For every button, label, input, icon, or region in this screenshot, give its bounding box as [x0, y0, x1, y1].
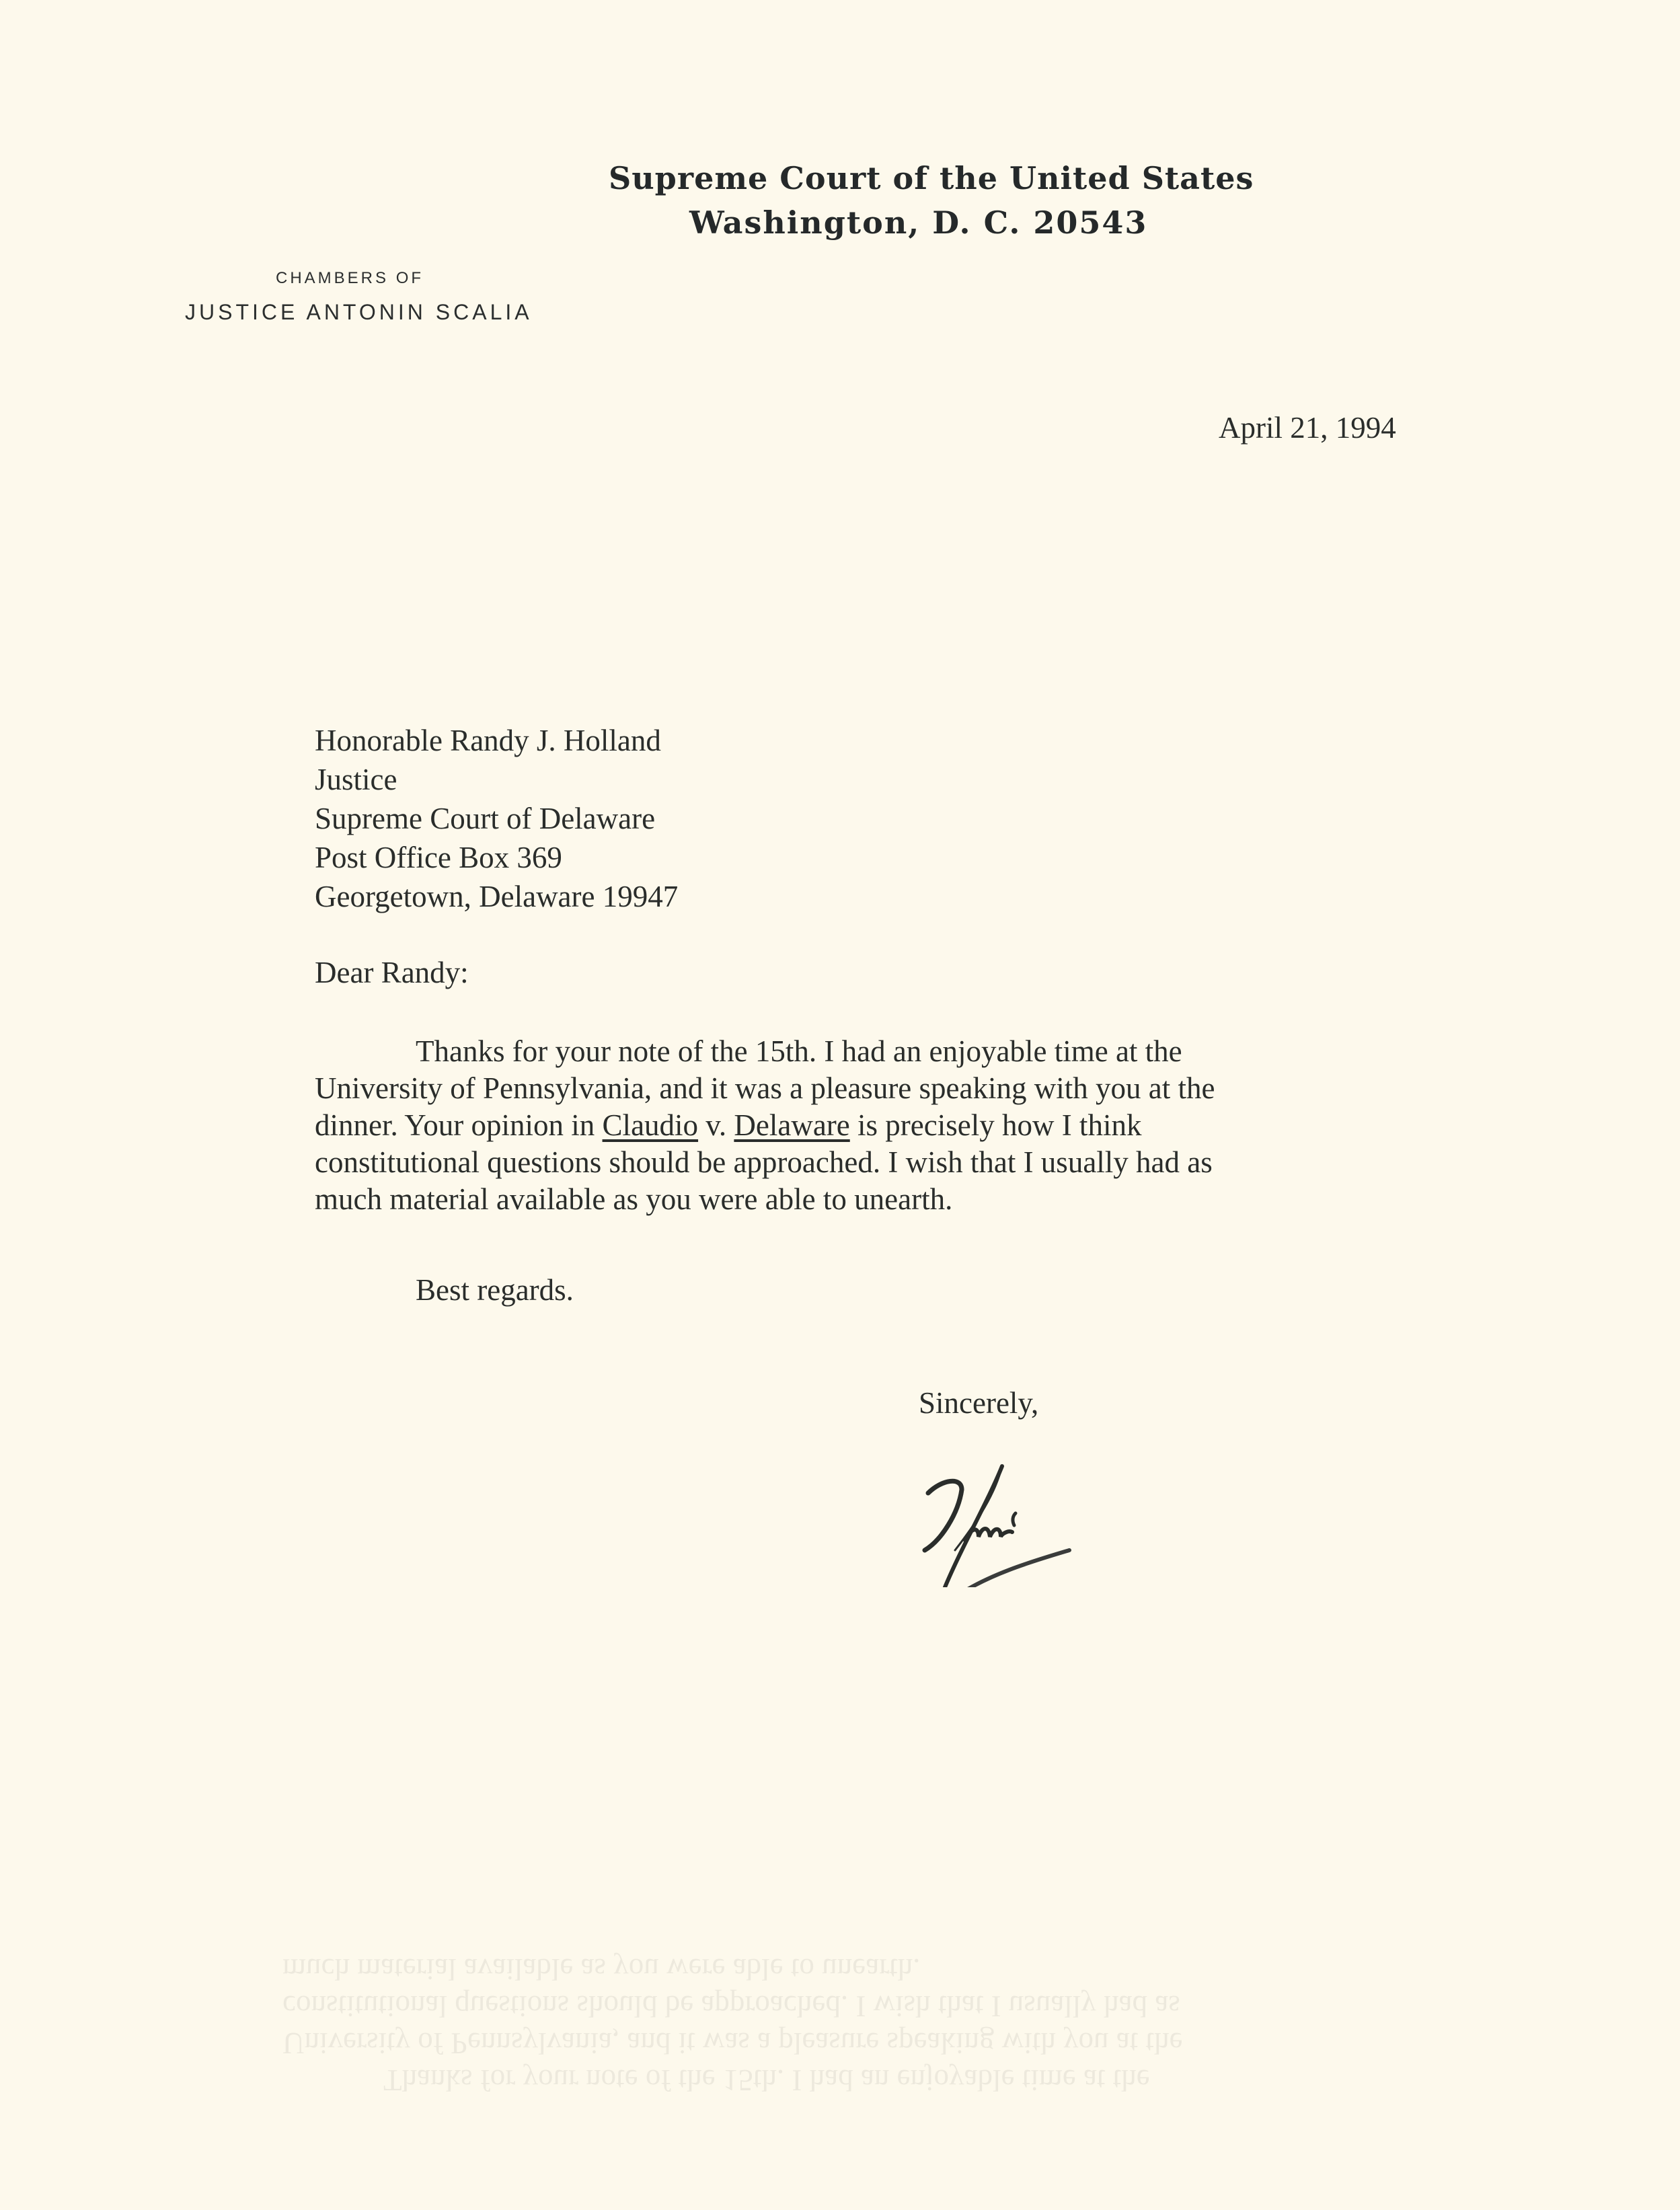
body-line: dinner. Your opinion in Claudio v. Delaw… — [315, 1107, 1364, 1144]
body-text-segment: is precisely how I think — [850, 1108, 1142, 1142]
recipient-city-state-zip: Georgetown, Delaware 19947 — [315, 877, 678, 916]
body-text-segment: v. — [698, 1108, 734, 1142]
recipient-po-box: Post Office Box 369 — [315, 838, 678, 877]
bleed-through-text: Thanks for your note of the 15th. I had … — [282, 1695, 1385, 2098]
sign-off: Sincerely, — [919, 1385, 1038, 1420]
bleed-line: constitutional questions should be appro… — [282, 1987, 1385, 2024]
case-name-delaware: Delaware — [734, 1108, 849, 1142]
recipient-court: Supreme Court of Delaware — [315, 799, 678, 838]
letterhead-address: Washington, D. C. 20543 — [689, 204, 1147, 241]
recipient-title: Justice — [315, 760, 678, 799]
letter-body: Thanks for your note of the 15th. I had … — [315, 1033, 1364, 1218]
bleed-line: Thanks for your note of the 15th. I had … — [282, 2061, 1385, 2098]
body-line: Thanks for your note of the 15th. I had … — [315, 1033, 1364, 1070]
letter-date: April 21, 1994 — [1219, 410, 1396, 445]
bleed-line: much material available as you were able… — [282, 1950, 1385, 1987]
chambers-label: CHAMBERS OF — [276, 269, 424, 288]
body-line: constitutional questions should be appro… — [315, 1144, 1364, 1181]
recipient-name: Honorable Randy J. Holland — [315, 721, 678, 760]
body-line: University of Pennsylvania, and it was a… — [315, 1070, 1364, 1107]
body-text-segment: dinner. Your opinion in — [315, 1108, 603, 1142]
body-line: much material available as you were able… — [315, 1181, 1364, 1218]
letterhead-court-name: Supreme Court of the United States — [609, 160, 1254, 196]
case-name-claudio: Claudio — [603, 1108, 699, 1142]
closing-regards: Best regards. — [416, 1272, 574, 1307]
chambers-justice-name: JUSTICE ANTONIN SCALIA — [185, 300, 533, 325]
bleed-line: University of Pennsylvania, and it was a… — [282, 2024, 1385, 2061]
recipient-address: Honorable Randy J. Holland Justice Supre… — [315, 721, 678, 916]
signature-icon — [915, 1426, 1090, 1587]
salutation: Dear Randy: — [315, 955, 469, 990]
